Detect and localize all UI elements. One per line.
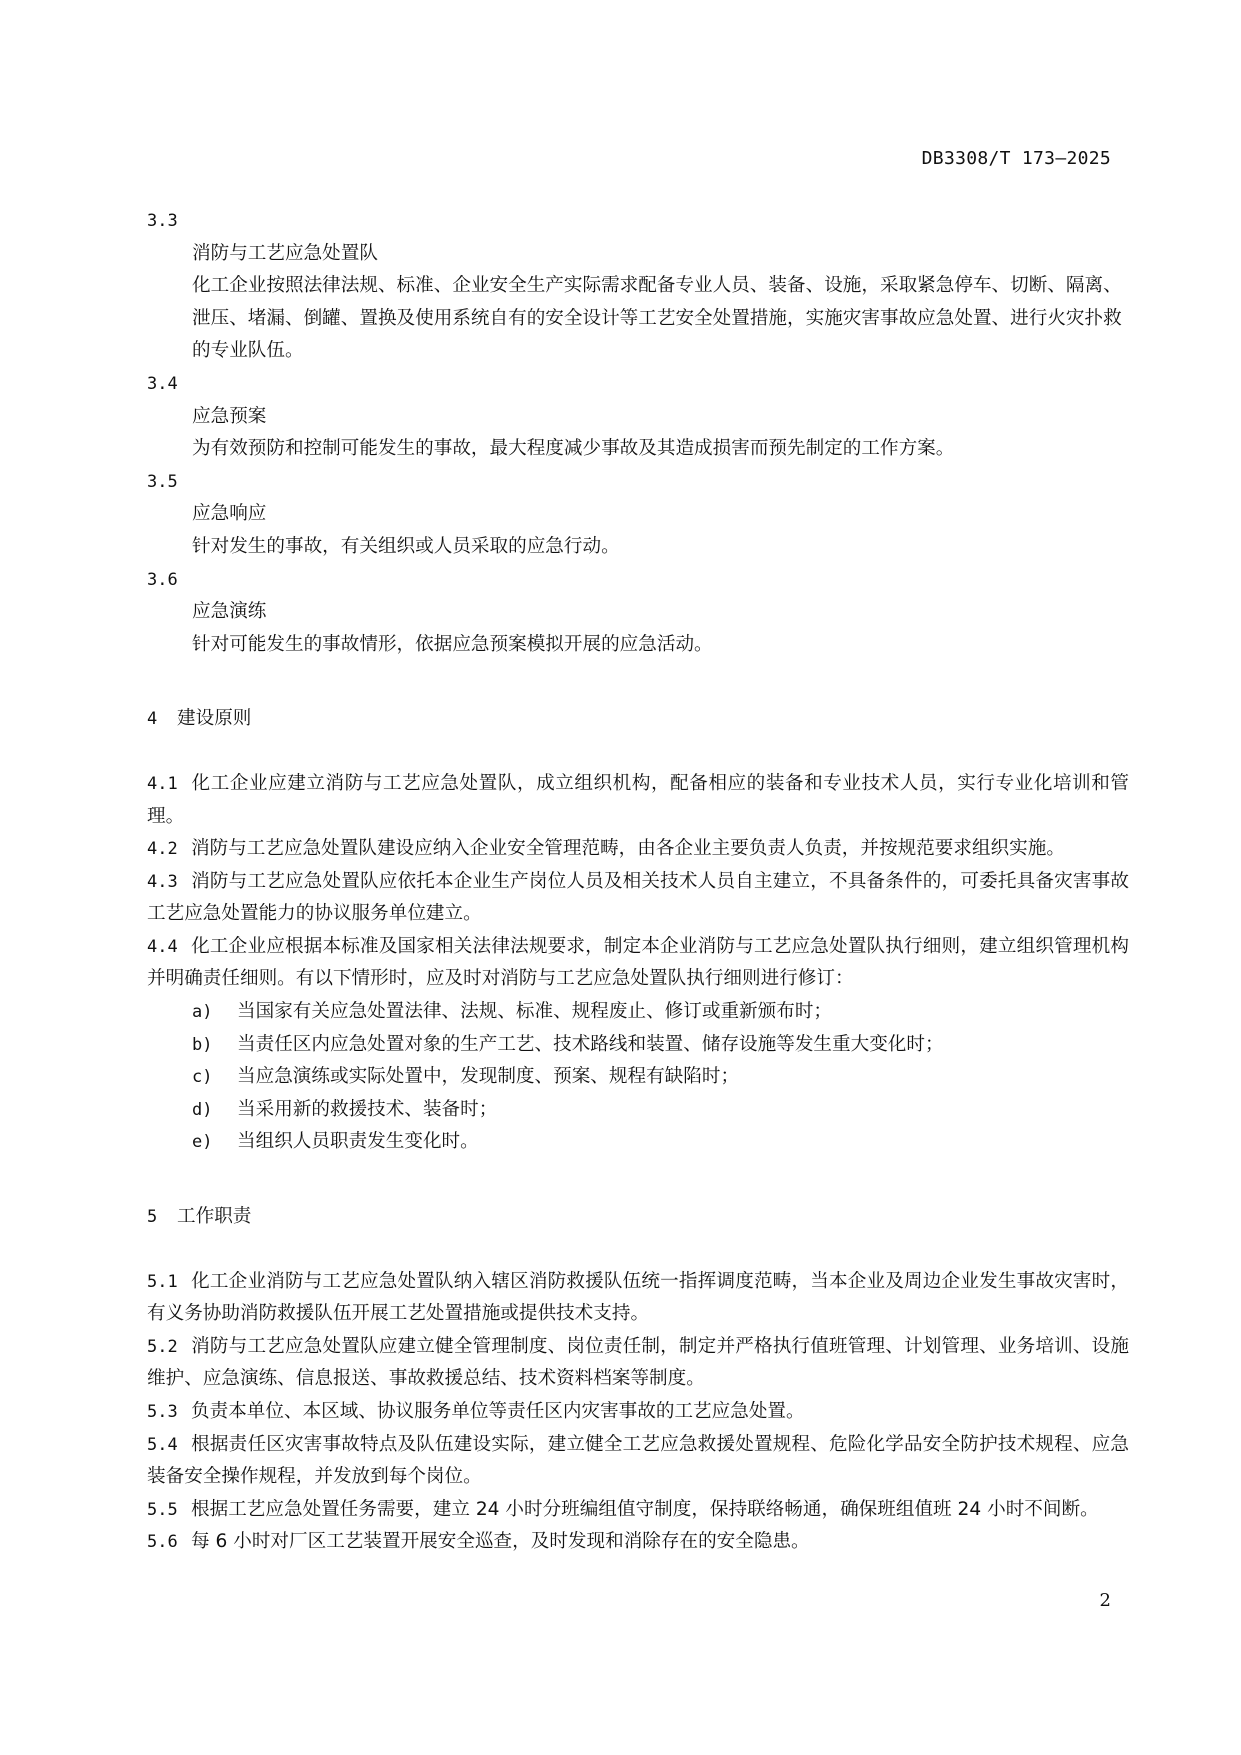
clause-number: 4.3 xyxy=(147,866,191,899)
spacer xyxy=(147,1159,1129,1191)
section-title: 建设原则 xyxy=(177,708,251,729)
term-number: 3.5 xyxy=(147,466,1129,499)
term-definition: 针对可能发生的事故情形，依据应急预案模拟开展的应急活动。 xyxy=(147,629,1129,662)
term-number: 3.3 xyxy=(147,205,1129,238)
list-text: 当应急演练或实际处置中，发现制度、预案、规程有缺陷时； xyxy=(237,1066,739,1087)
spacer xyxy=(147,661,1129,693)
clause-5-4: 5.4根据责任区灾害事故特点及队伍建设实际，建立健全工艺应急救援处置规程、危险化… xyxy=(147,1429,1129,1494)
list-marker: d) xyxy=(192,1094,237,1127)
clause-number: 4.2 xyxy=(147,833,191,866)
term-title: 应急预案 xyxy=(147,401,1129,434)
document-body: 3.3 消防与工艺应急处置队 化工企业按照法律法规、标准、企业安全生产实际需求配… xyxy=(147,205,1129,1559)
section-number: 4 xyxy=(147,703,177,736)
list-text: 当采用新的救援技术、装备时； xyxy=(237,1099,497,1120)
clause-5-2: 5.2消防与工艺应急处置队应建立健全管理制度、岗位责任制，制定并严格执行值班管理… xyxy=(147,1331,1129,1396)
clause-number: 5.1 xyxy=(147,1266,191,1299)
list-item-e: e)当组织人员职责发生变化时。 xyxy=(147,1126,1129,1159)
term-3-3: 3.3 消防与工艺应急处置队 化工企业按照法律法规、标准、企业安全生产实际需求配… xyxy=(147,205,1129,368)
clause-4-1: 4.1化工企业应建立消防与工艺应急处置队，成立组织机构，配备相应的装备和专业技术… xyxy=(147,768,1129,833)
clause-text: 化工企业消防与工艺应急处置队纳入辖区消防救援队伍统一指挥调度范畴，当本企业及周边… xyxy=(147,1271,1129,1325)
term-title: 应急响应 xyxy=(147,498,1129,531)
list-text: 当责任区内应急处置对象的生产工艺、技术路线和装置、储存设施等发生重大变化时； xyxy=(237,1034,944,1055)
list-marker: c) xyxy=(192,1061,237,1094)
clause-5-3: 5.3负责本单位、本区域、协议服务单位等责任区内灾害事故的工艺应急处置。 xyxy=(147,1396,1129,1429)
list-text: 当国家有关应急处置法律、法规、标准、规程废止、修订或重新颁布时； xyxy=(237,1001,832,1022)
clause-5-5: 5.5根据工艺应急处置任务需要，建立 24 小时分班编组值守制度，保持联络畅通，… xyxy=(147,1494,1129,1527)
term-definition: 化工企业按照法律法规、标准、企业安全生产实际需求配备专业人员、装备、设施，采取紧… xyxy=(147,270,1129,368)
clause-number: 4.4 xyxy=(147,931,191,964)
clause-number: 5.3 xyxy=(147,1396,191,1429)
clause-4-3: 4.3消防与工艺应急处置队应依托本企业生产岗位人员及相关技术人员自主建立，不具备… xyxy=(147,866,1129,931)
clause-text: 消防与工艺应急处置队应依托本企业生产岗位人员及相关技术人员自主建立，不具备条件的… xyxy=(147,871,1129,925)
clause-5-1: 5.1化工企业消防与工艺应急处置队纳入辖区消防救援队伍统一指挥调度范畴，当本企业… xyxy=(147,1266,1129,1331)
clause-text: 化工企业应建立消防与工艺应急处置队，成立组织机构，配备相应的装备和专业技术人员，… xyxy=(147,773,1129,827)
section-title: 工作职责 xyxy=(177,1206,251,1227)
term-title: 应急演练 xyxy=(147,596,1129,629)
list-marker: a) xyxy=(192,996,237,1029)
term-3-5: 3.5 应急响应 针对发生的事故，有关组织或人员采取的应急行动。 xyxy=(147,466,1129,564)
clause-number: 5.5 xyxy=(147,1494,191,1527)
clause-text: 消防与工艺应急处置队应建立健全管理制度、岗位责任制，制定并严格执行值班管理、计划… xyxy=(147,1336,1129,1390)
term-3-6: 3.6 应急演练 针对可能发生的事故情形，依据应急预案模拟开展的应急活动。 xyxy=(147,564,1129,662)
term-number: 3.6 xyxy=(147,564,1129,597)
section-heading-5: 5工作职责 xyxy=(147,1201,1129,1234)
section-heading-4: 4建设原则 xyxy=(147,703,1129,736)
clause-text: 负责本单位、本区域、协议服务单位等责任区内灾害事故的工艺应急处置。 xyxy=(191,1401,805,1422)
clause-number: 4.1 xyxy=(147,768,191,801)
term-definition-text: 化工企业按照法律法规、标准、企业安全生产实际需求配备专业人员、装备、设施，采取紧… xyxy=(192,275,1122,361)
term-3-4: 3.4 应急预案 为有效预防和控制可能发生的事故，最大程度减少事故及其造成损害而… xyxy=(147,368,1129,466)
clause-number: 5.4 xyxy=(147,1429,191,1462)
clause-4-2: 4.2消防与工艺应急处置队建设应纳入企业安全管理范畴，由各企业主要负责人负责，并… xyxy=(147,833,1129,866)
list-item-b: b)当责任区内应急处置对象的生产工艺、技术路线和装置、储存设施等发生重大变化时； xyxy=(147,1029,1129,1062)
term-number: 3.4 xyxy=(147,368,1129,401)
list-item-d: d)当采用新的救援技术、装备时； xyxy=(147,1094,1129,1127)
list-item-a: a)当国家有关应急处置法律、法规、标准、规程废止、修订或重新颁布时； xyxy=(147,996,1129,1029)
clause-4-4: 4.4化工企业应根据本标准及国家相关法律法规要求，制定本企业消防与工艺应急处置队… xyxy=(147,931,1129,996)
clause-text: 化工企业应根据本标准及国家相关法律法规要求，制定本企业消防与工艺应急处置队执行细… xyxy=(147,936,1129,990)
page-number: 2 xyxy=(1100,1590,1111,1611)
clause-number: 5.2 xyxy=(147,1331,191,1364)
section-number: 5 xyxy=(147,1201,177,1234)
list-marker: b) xyxy=(192,1029,237,1062)
clause-5-6: 5.6每 6 小时对厂区工艺装置开展安全巡查，及时发现和消除存在的安全隐患。 xyxy=(147,1526,1129,1559)
clause-text: 根据责任区灾害事故特点及队伍建设实际，建立健全工艺应急救援处置规程、危险化学品安… xyxy=(147,1434,1129,1488)
clause-number: 5.6 xyxy=(147,1526,191,1559)
clause-text: 根据工艺应急处置任务需要，建立 24 小时分班编组值守制度，保持联络畅通，确保班… xyxy=(191,1499,1099,1520)
clause-text: 每 6 小时对厂区工艺装置开展安全巡查，及时发现和消除存在的安全隐患。 xyxy=(191,1531,810,1552)
term-title: 消防与工艺应急处置队 xyxy=(147,238,1129,271)
document-code: DB3308/T 173—2025 xyxy=(922,148,1111,169)
list-text: 当组织人员职责发生变化时。 xyxy=(237,1131,479,1152)
clause-text: 消防与工艺应急处置队建设应纳入企业安全管理范畴，由各企业主要负责人负责，并按规范… xyxy=(191,838,1065,859)
list-item-c: c)当应急演练或实际处置中，发现制度、预案、规程有缺陷时； xyxy=(147,1061,1129,1094)
term-definition: 针对发生的事故，有关组织或人员采取的应急行动。 xyxy=(147,531,1129,564)
list-marker: e) xyxy=(192,1126,237,1159)
term-definition: 为有效预防和控制可能发生的事故，最大程度减少事故及其造成损害而预先制定的工作方案… xyxy=(147,433,1129,466)
